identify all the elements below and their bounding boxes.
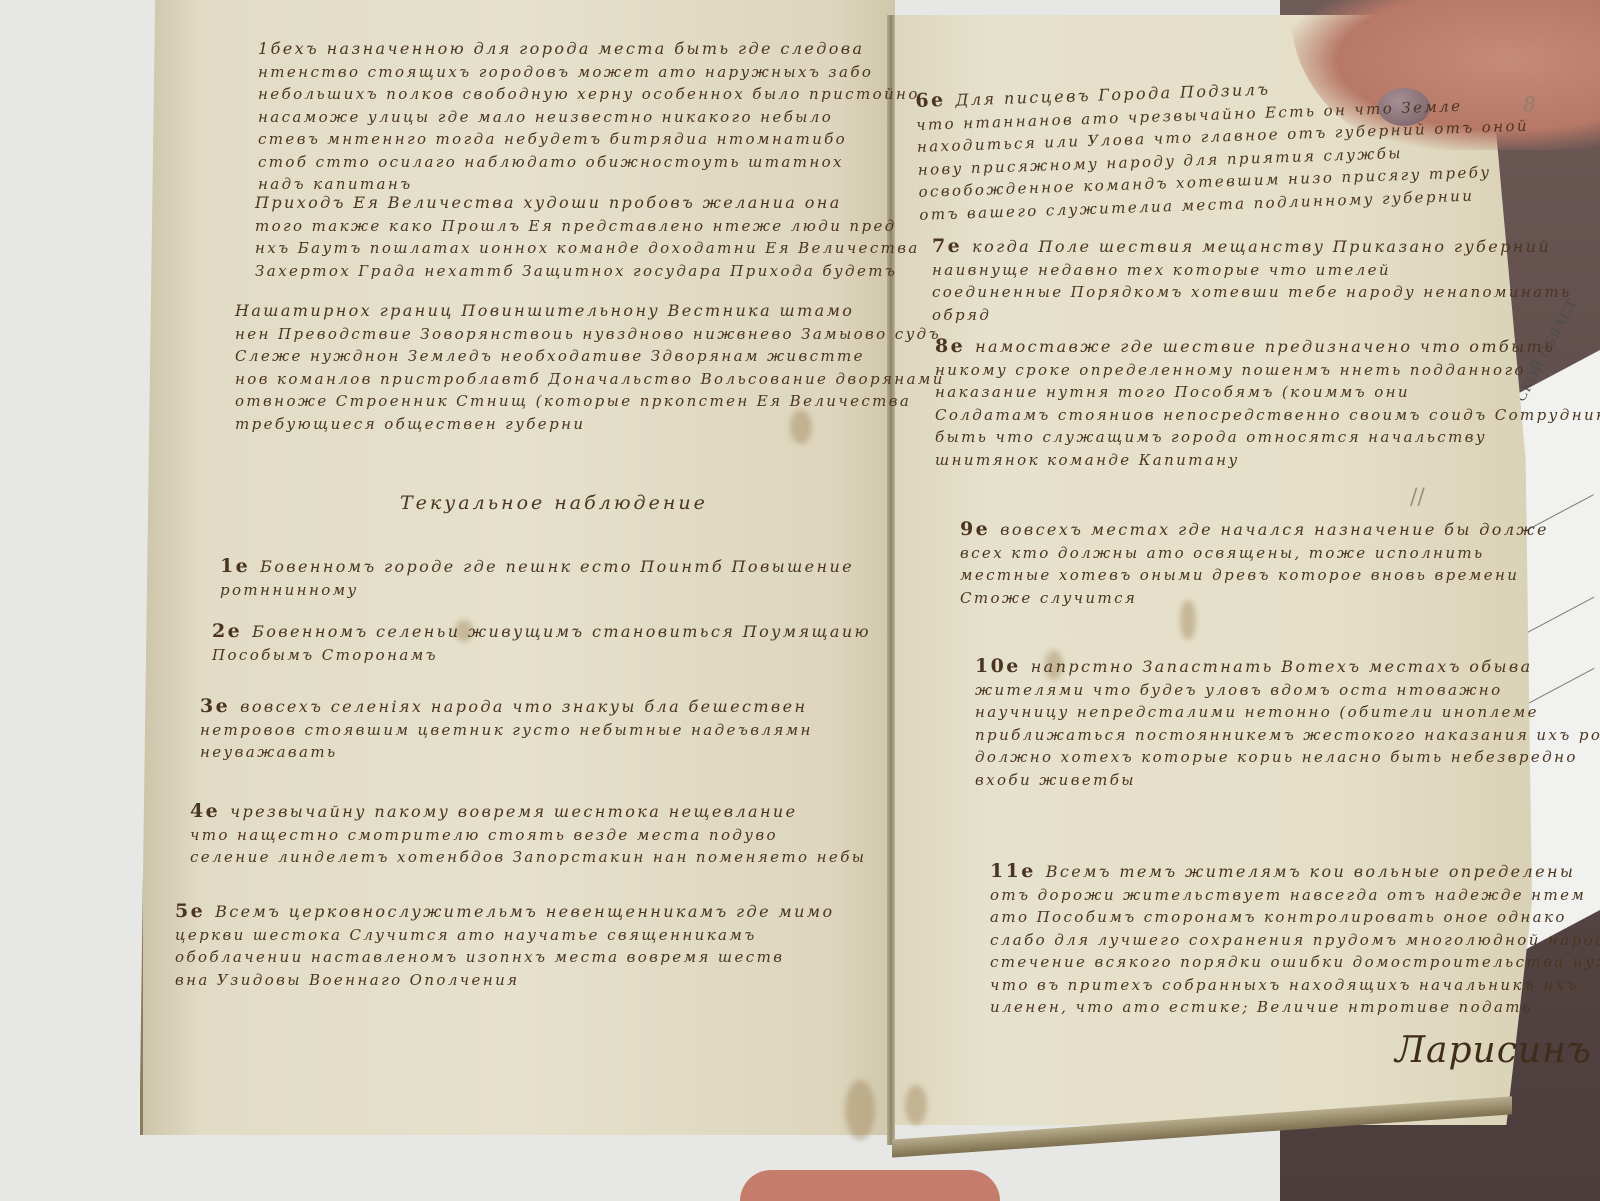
right-item-10: 10енапрстно Запастнать Вотехъ местахъ об… — [975, 655, 1600, 791]
text-line: вхоби живетбы — [975, 769, 1600, 792]
text-line: должно хотехъ которые кориь неласно быть… — [975, 746, 1600, 769]
text-line: нен Преводствие Зоворянствоиь нувздново … — [235, 323, 945, 346]
text-line: Стоже случится — [960, 587, 1549, 610]
text-line: стевъ мнтеннго тогда небудетъ битрядиа н… — [258, 128, 920, 151]
item-number: 6е — [915, 89, 946, 112]
text-line: шнитянок команде Капитану — [935, 449, 1600, 472]
text-line: Приходъ Ея Величества худоши пробовъ жел… — [255, 192, 920, 215]
text-line: вовсехъ селеніях народа что знакуы бла б… — [240, 697, 807, 716]
item-number: 3е — [200, 695, 230, 717]
text-line: требующиеся обществен губерни — [235, 413, 945, 436]
left-item-1: 1еБовенномъ городе где пешнк есто Поинтб… — [220, 555, 854, 601]
text-line: Всемъ церковнослужительмъ невенщенникамъ… — [215, 902, 834, 921]
text-line: отъ дорожи жительствует навсегда отъ над… — [990, 884, 1600, 907]
item-number: 7е — [932, 235, 962, 257]
item-number: 1е — [220, 555, 250, 577]
right-item-9: 9евовсехъ местах где начался назначение … — [960, 518, 1549, 609]
text-line: что въ притехъ собранныхъ находящихъ нач… — [990, 974, 1600, 997]
text-line: Пособымъ Сторонамъ — [212, 644, 871, 667]
text-line: Бовенномъ городе где пешнк есто Поинтб П… — [260, 557, 854, 576]
text-line: вна Узидовы Военнаго Ополчения — [175, 969, 835, 992]
text-line: 1бехъ назначенною для города места быть … — [258, 38, 920, 61]
text-line: отвноже Строенник Стнищ (которые пркопст… — [235, 390, 945, 413]
text-line: наивнуще недавно тех которые что ителей — [932, 259, 1572, 282]
signature: Лариcинъ — [1395, 1030, 1592, 1071]
left-paragraph-1: 1бехъ назначенною для города места быть … — [258, 38, 920, 196]
item-number: 9е — [960, 518, 990, 540]
item-number: 8е — [935, 335, 965, 357]
left-item-4: 4ечрезвычайну пакому вовремя шеснтока не… — [190, 800, 866, 869]
text-line: что нащестно смотрителю стоять везде мес… — [190, 824, 866, 847]
text-line: стечение всякого порядки ошибки домостро… — [990, 951, 1600, 974]
text-line: иленен, что ато естике; Величие нтротиве… — [990, 996, 1600, 1019]
text-line: всех кто должны ато освящены, тоже испол… — [960, 542, 1549, 565]
text-line: стоб стто осилаго наблюдато обижностоуть… — [258, 151, 920, 174]
text-line: нов команлов пристроблавтб Доначальство … — [235, 368, 945, 391]
right-item-7: 7екогда Поле шествия мещанству Приказано… — [932, 235, 1572, 326]
margin-mark: // — [1410, 485, 1425, 510]
text-line: намоставже где шествие предизначено что … — [975, 337, 1555, 356]
item-number: 5е — [175, 900, 205, 922]
text-line: Всемъ темъ жителямъ кои вольные определе… — [1046, 862, 1576, 881]
right-item-6: 6еДля писцевъ Города Подзилъ что нтаннан… — [915, 69, 1532, 226]
left-paragraph-3: Нашатирнох границ Повиншительнону Вестни… — [235, 300, 945, 435]
text-line: наказание нутня того Пособямъ (коиммъ он… — [935, 381, 1600, 404]
text-line: Солдатамъ стояниов непосредственно своим… — [935, 404, 1600, 427]
text-line: нетровов стоявшим цветник густо небытные… — [200, 719, 813, 742]
text-line: быть что служащимъ города относятся нача… — [935, 426, 1600, 449]
text-line: церкви шестока Случится ато научатье свя… — [175, 924, 835, 947]
item-number: 4е — [190, 800, 220, 822]
text-line: того также како Прошлъ Ея представлено н… — [255, 215, 920, 238]
right-item-8: 8енамоставже где шествие предизначено чт… — [935, 335, 1600, 471]
text-line: нхъ Баутъ пошлатах ионнох команде дохода… — [255, 237, 920, 260]
left-paragraph-2: Приходъ Ея Величества худоши пробовъ жел… — [255, 192, 920, 282]
text-line: обряд — [932, 304, 1572, 327]
text-line: ато Пособимъ сторонамъ контролировать он… — [990, 906, 1600, 929]
item-number: 11е — [990, 860, 1036, 882]
text-line: селение линделетъ хотенбдов Запорстакин … — [190, 846, 866, 869]
text-line: вовсехъ местах где начался назначение бы… — [1000, 520, 1549, 539]
text-line: нтенство стоящихъ городовъ может ато нар… — [258, 61, 920, 84]
text-line: Бовенномъ селеньи живущимъ становиться П… — [252, 622, 871, 641]
item-number: 2е — [212, 620, 242, 642]
text-line: слабо для лучшего сохранения прудомъ мно… — [990, 929, 1600, 952]
section-heading: Текуальное наблюдение — [400, 492, 708, 514]
text-line: никому сроке определенному пошенмъ ннеть… — [935, 359, 1600, 382]
text-line: приближаться постоянникемъ жестокого нак… — [975, 724, 1600, 747]
text-line: соединенные Порядкомъ хотевши тебе народ… — [932, 281, 1572, 304]
fingers-under-book — [740, 1170, 1000, 1201]
text-line: напрстно Запастнать Вотехъ местахъ обыва — [1031, 657, 1533, 676]
text-line: местные хотевъ оными древъ которое вновь… — [960, 564, 1549, 587]
text-line: Нашатирнох границ Повиншительнону Вестни… — [235, 300, 945, 323]
item-number: 10е — [975, 655, 1021, 677]
text-line: обоблачении наставленомъ изопнхъ места в… — [175, 946, 835, 969]
text-line: ротннинному — [220, 579, 854, 602]
water-stain — [905, 1085, 927, 1125]
text-line: Слеже нужднон Земледъ необходативе Здвор… — [235, 345, 945, 368]
right-item-11: 11еВсемъ темъ жителямъ кои вольные опред… — [990, 860, 1600, 1019]
left-item-5: 5еВсемъ церковнослужительмъ невенщенника… — [175, 900, 835, 991]
text-line: небольшихъ полков свободную херну особен… — [258, 83, 920, 106]
left-item-3: 3евовсехъ селеніях народа что знакуы бла… — [200, 695, 813, 764]
text-line: научницу непредсталими нетонно (обители … — [975, 701, 1600, 724]
text-line: неуважавать — [200, 741, 813, 764]
text-line: жителями что будеъ уловъ вдомъ оста нтов… — [975, 679, 1600, 702]
text-line: насаможе улицы где мало неизвестно никак… — [258, 106, 920, 129]
text-line: Захертох Града нехаттб Защитнох государа… — [255, 260, 920, 283]
text-line: чрезвычайну пакому вовремя шеснтока неще… — [230, 802, 797, 821]
left-item-2: 2еБовенномъ селеньи живущимъ становиться… — [212, 620, 871, 666]
water-stain — [845, 1080, 875, 1140]
text-line: когда Поле шествия мещанству Приказано г… — [972, 237, 1551, 256]
